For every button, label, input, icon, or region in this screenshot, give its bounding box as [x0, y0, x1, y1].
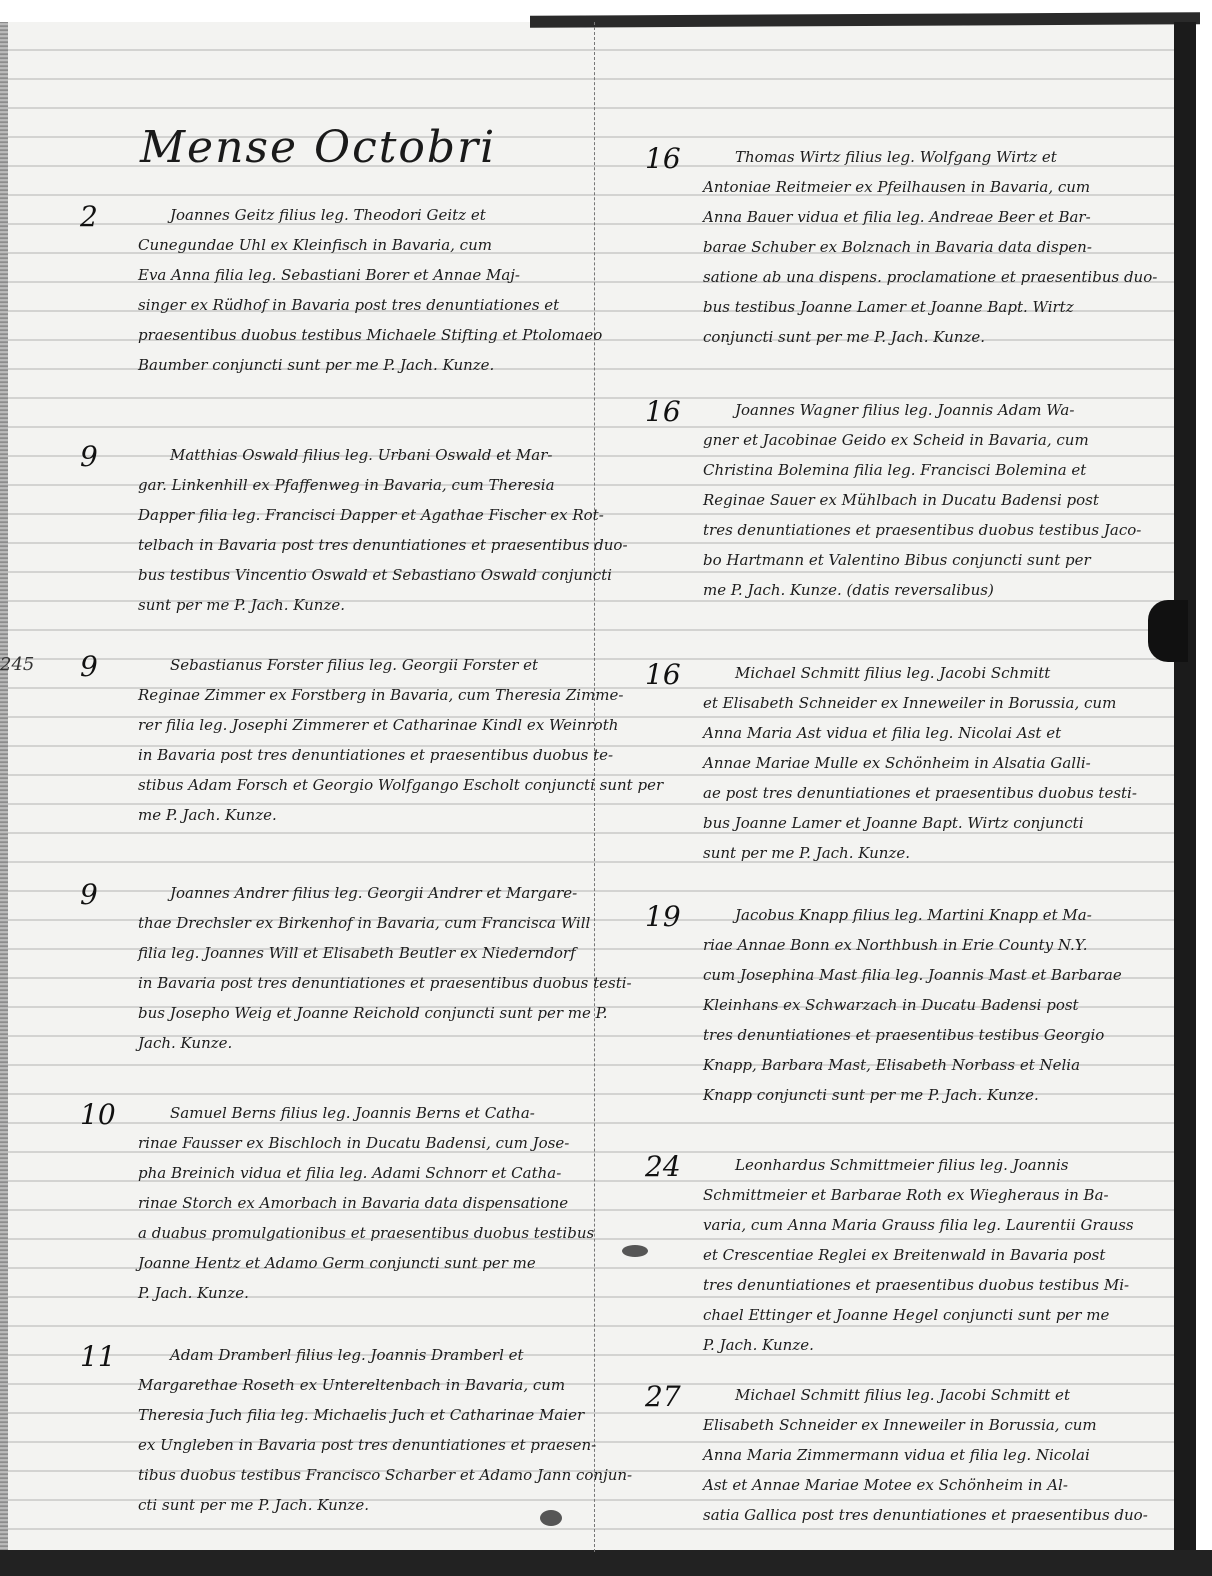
entry-line: Michael Schmitt filius leg. Jacobi Schmi… — [645, 1380, 1148, 1410]
entry-line: sunt per me P. Jach. Kunze. — [645, 838, 1137, 868]
entry-line: satia Gallica post tres denuntiationes e… — [645, 1500, 1148, 1530]
entry-line: Dapper filia leg. Francisci Dapper et Ag… — [80, 500, 628, 530]
entry-line: tres denuntiationes et praesentibus duob… — [645, 515, 1141, 545]
entry-line: Eva Anna filia leg. Sebastiani Borer et … — [80, 260, 602, 290]
entry-line: Joannes Andrer filius leg. Georgii Andre… — [80, 878, 632, 908]
entry-text: Joannes Geitz filius leg. Theodori Geitz… — [80, 200, 602, 380]
entry-line: Adam Dramberl filius leg. Joannis Drambe… — [80, 1340, 632, 1370]
entry-line: Christina Bolemina filia leg. Francisci … — [645, 455, 1141, 485]
book-binding-edge — [0, 22, 8, 1576]
entry-line: Reginae Zimmer ex Forstberg in Bavaria, … — [80, 680, 663, 710]
entry-line: gar. Linkenhill ex Pfaffenweg in Bavaria… — [80, 470, 628, 500]
entry-line: et Crescentiae Reglei ex Breitenwald in … — [645, 1240, 1134, 1270]
page-heading: Mense Octobri — [140, 122, 496, 173]
entry-text: Joannes Wagner filius leg. Joannis Adam … — [645, 395, 1141, 605]
entry-line: Leonhardus Schmittmeier filius leg. Joan… — [645, 1150, 1134, 1180]
entry-line: Baumber conjuncti sunt per me P. Jach. K… — [80, 350, 602, 380]
entry-line: ex Ungleben in Bavaria post tres denunti… — [80, 1430, 632, 1460]
entry-line: tres denuntiationes et praesentibus test… — [645, 1020, 1122, 1050]
entry-line: in Bavaria post tres denuntiationes et p… — [80, 740, 663, 770]
entry-line: Sebastianus Forster filius leg. Georgii … — [80, 650, 663, 680]
entry-line: satione ab una dispens. proclamatione et… — [645, 262, 1157, 292]
entry-line: Samuel Berns filius leg. Joannis Berns e… — [80, 1098, 594, 1128]
entry-line: P. Jach. Kunze. — [80, 1278, 594, 1308]
entry-line: singer ex Rüdhof in Bavaria post tres de… — [80, 290, 602, 320]
entry-line: tres denuntiationes et praesentibus duob… — [645, 1270, 1134, 1300]
entry-line: ae post tres denuntiationes et praesenti… — [645, 778, 1137, 808]
entry-line: bus Joanne Lamer et Joanne Bapt. Wirtz c… — [645, 808, 1137, 838]
entry-line: cti sunt per me P. Jach. Kunze. — [80, 1490, 632, 1520]
entry-line: Margarethae Roseth ex Untereltenbach in … — [80, 1370, 632, 1400]
entry-line: me P. Jach. Kunze. (datis reversalibus) — [645, 575, 1141, 605]
entry-text: Samuel Berns filius leg. Joannis Berns e… — [80, 1098, 594, 1308]
entry-line: Anna Maria Ast vidua et filia leg. Nicol… — [645, 718, 1137, 748]
entry-line: rer filia leg. Josephi Zimmerer et Catha… — [80, 710, 663, 740]
entry-line: Jach. Kunze. — [80, 1028, 632, 1058]
entry-line: gner et Jacobinae Geido ex Scheid in Bav… — [645, 425, 1141, 455]
entry-line: a duabus promulgationibus et praesentibu… — [80, 1218, 594, 1248]
entry-line: Kleinhans ex Schwarzach in Ducatu Badens… — [645, 990, 1122, 1020]
scan-bottom-shadow — [0, 1550, 1212, 1576]
entry-line: Jacobus Knapp filius leg. Martini Knapp … — [645, 900, 1122, 930]
entry-line: varia, cum Anna Maria Grauss filia leg. … — [645, 1210, 1134, 1240]
entry-line: chael Ettinger et Joanne Hegel conjuncti… — [645, 1300, 1134, 1330]
entry-line: Anna Maria Zimmermann vidua et filia leg… — [645, 1440, 1148, 1470]
entry-line: rinae Storch ex Amorbach in Bavaria data… — [80, 1188, 594, 1218]
entry-line: Matthias Oswald filius leg. Urbani Oswal… — [80, 440, 628, 470]
entry-line: Ast et Annae Mariae Motee ex Schönheim i… — [645, 1470, 1148, 1500]
entry-line: et Elisabeth Schneider ex Inneweiler in … — [645, 688, 1137, 718]
entry-text: Michael Schmitt filius leg. Jacobi Schmi… — [645, 1380, 1148, 1530]
entry-line: conjuncti sunt per me P. Jach. Kunze. — [645, 322, 1157, 352]
entry-line: praesentibus duobus testibus Michaele St… — [80, 320, 602, 350]
entry-text: Adam Dramberl filius leg. Joannis Drambe… — [80, 1340, 632, 1520]
entry-text: Jacobus Knapp filius leg. Martini Knapp … — [645, 900, 1122, 1110]
entry-line: Joanne Hentz et Adamo Germ conjuncti sun… — [80, 1248, 594, 1278]
entry-line: Joannes Wagner filius leg. Joannis Adam … — [645, 395, 1141, 425]
entry-line: in Bavaria post tres denuntiationes et p… — [80, 968, 632, 998]
entry-text: Matthias Oswald filius leg. Urbani Oswal… — [80, 440, 628, 620]
entry-line: filia leg. Joannes Will et Elisabeth Beu… — [80, 938, 632, 968]
entry-line: bus Josepho Weig et Joanne Reichold conj… — [80, 998, 632, 1028]
entry-line: Antoniae Reitmeier ex Pfeilhausen in Bav… — [645, 172, 1157, 202]
entry-line: Cunegundae Uhl ex Kleinfisch in Bavaria,… — [80, 230, 602, 260]
entry-text: Joannes Andrer filius leg. Georgii Andre… — [80, 878, 632, 1058]
entry-line: Knapp, Barbara Mast, Elisabeth Norbass e… — [645, 1050, 1122, 1080]
entry-text: Leonhardus Schmittmeier filius leg. Joan… — [645, 1150, 1134, 1360]
margin-note: 245 — [0, 654, 34, 675]
entry-line: Joannes Geitz filius leg. Theodori Geitz… — [80, 200, 602, 230]
entry-line: barae Schuber ex Bolznach in Bavaria dat… — [645, 232, 1157, 262]
entry-line: me P. Jach. Kunze. — [80, 800, 663, 830]
page-right-shadow — [1174, 22, 1196, 1576]
entry-line: bo Hartmann et Valentino Bibus conjuncti… — [645, 545, 1141, 575]
entry-line: thae Drechsler ex Birkenhof in Bavaria, … — [80, 908, 632, 938]
entry-line: tibus duobus testibus Francisco Scharber… — [80, 1460, 632, 1490]
entry-line: bus testibus Vincentio Oswald et Sebasti… — [80, 560, 628, 590]
entry-line: Thomas Wirtz filius leg. Wolfgang Wirtz … — [645, 142, 1157, 172]
entry-text: Michael Schmitt filius leg. Jacobi Schmi… — [645, 658, 1137, 868]
entry-line: Theresia Juch filia leg. Michaelis Juch … — [80, 1400, 632, 1430]
entry-line: riae Annae Bonn ex Northbush in Erie Cou… — [645, 930, 1122, 960]
entry-line: Schmittmeier et Barbarae Roth ex Wiegher… — [645, 1180, 1134, 1210]
entry-line: P. Jach. Kunze. — [645, 1330, 1134, 1360]
entry-line: cum Josephina Mast filia leg. Joannis Ma… — [645, 960, 1122, 990]
entry-text: Sebastianus Forster filius leg. Georgii … — [80, 650, 663, 830]
entry-line: Michael Schmitt filius leg. Jacobi Schmi… — [645, 658, 1137, 688]
entry-line: pha Breinich vidua et filia leg. Adami S… — [80, 1158, 594, 1188]
entry-line: telbach in Bavaria post tres denuntiatio… — [80, 530, 628, 560]
entry-line: rinae Fausser ex Bischloch in Ducatu Bad… — [80, 1128, 594, 1158]
entry-line: Reginae Sauer ex Mühlbach in Ducatu Bade… — [645, 485, 1141, 515]
entry-line: Annae Mariae Mulle ex Schönheim in Alsat… — [645, 748, 1137, 778]
entry-line: Knapp conjuncti sunt per me P. Jach. Kun… — [645, 1080, 1122, 1110]
entry-text: Thomas Wirtz filius leg. Wolfgang Wirtz … — [645, 142, 1157, 352]
entry-line: Elisabeth Schneider ex Inneweiler in Bor… — [645, 1410, 1148, 1440]
page-tab-notch — [1148, 600, 1188, 662]
entry-line: sunt per me P. Jach. Kunze. — [80, 590, 628, 620]
entry-line: bus testibus Joanne Lamer et Joanne Bapt… — [645, 292, 1157, 322]
entry-line: stibus Adam Forsch et Georgio Wolfgango … — [80, 770, 663, 800]
entry-line: Anna Bauer vidua et filia leg. Andreae B… — [645, 202, 1157, 232]
